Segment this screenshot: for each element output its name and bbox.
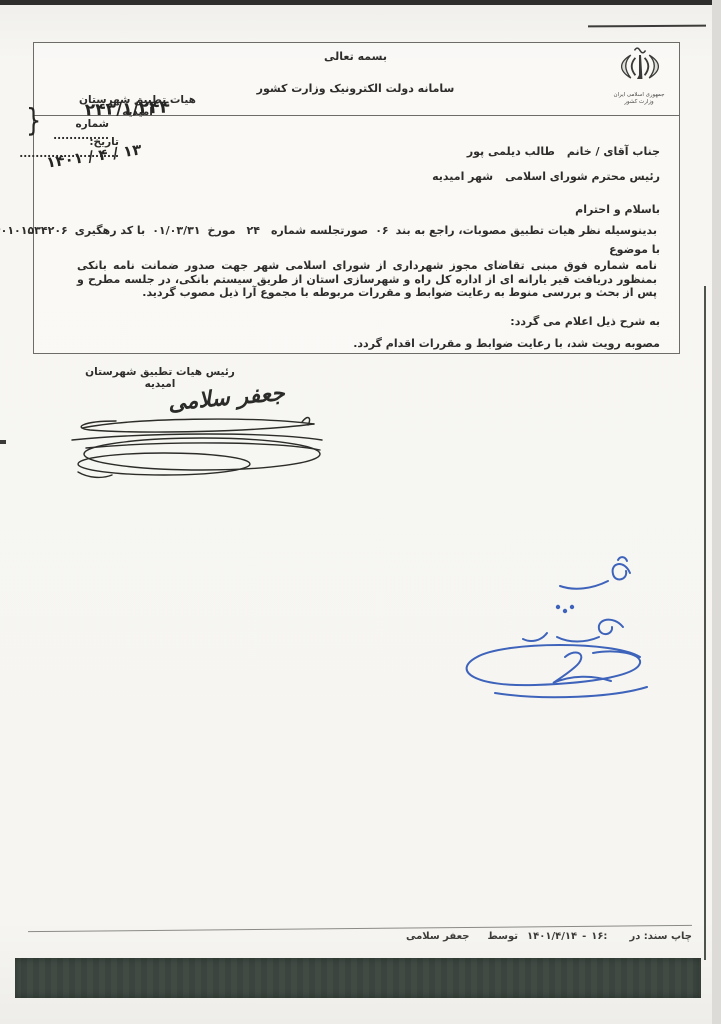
intro-text: بدینوسیله نظر هیات تطبیق مصوبات، راجع به…	[396, 224, 657, 237]
printed-by-label: توسط	[487, 931, 518, 942]
scanned-letter-page: بسمه تعالی سامانه دولت الکترونیک وزارت ک…	[0, 0, 721, 1024]
scan-left-edge-mark	[0, 440, 6, 444]
tracking-code: ۴۰۰۴۰۱۰۱۵۳۴۲۰۶	[0, 224, 68, 237]
black-pen-signature	[52, 412, 342, 486]
subject-label: با موضوع	[609, 243, 660, 256]
print-label: چاپ سند: در	[629, 931, 692, 942]
emblem-caption: جمهوری اسلامی ایران وزارت کشور	[598, 92, 680, 106]
print-date: ۱۴۰۱/۴/۱۴	[527, 931, 577, 942]
recipient-line1: جناب آقای / خانم طالب دیلمی پور	[467, 145, 660, 158]
recipient-salutation: جناب آقای / خانم	[567, 145, 660, 158]
recipient-name: طالب دیلمی پور	[467, 145, 555, 158]
clause-number: ۰۶	[375, 224, 388, 237]
scan-right-paper-edge	[712, 0, 721, 1024]
print-separator: -	[582, 931, 586, 942]
minutes-label: صورتجلسه شماره	[271, 224, 368, 237]
scan-bottom-dark-band	[15, 958, 701, 998]
reference-line: بدینوسیله نظر هیات تطبیق مصوبات، راجع به…	[0, 224, 657, 237]
announcement-line: به شرح ذیل اعلام می گردد:	[510, 315, 660, 328]
recipient-line2: رئیس محترم شورای اسلامی شهر امیدیه	[432, 170, 660, 183]
print-footer: چاپ سند: در ۱۶: - ۱۴۰۱/۴/۱۴ توسط جعفر سل…	[397, 931, 692, 942]
iran-emblem-icon	[612, 44, 668, 94]
tracking-label: با کد رهگیری	[75, 224, 145, 237]
recipient-city: شهر امیدیه	[432, 170, 493, 183]
scan-left-black-bar	[20, 25, 25, 131]
print-time: ۱۶:	[591, 931, 607, 942]
handwritten-brace: }	[26, 102, 41, 138]
minutes-date: ۰۱/۰۳/۳۱	[152, 224, 200, 237]
scan-top-right-line	[588, 25, 706, 28]
minutes-number: ۲۴	[247, 224, 260, 237]
dated-label: مورخ	[208, 224, 236, 237]
resolution-line: مصوبه رویت شد، با رعایت ضوابط و مقررات ا…	[353, 337, 660, 350]
blue-pen-signature	[415, 545, 670, 709]
emblem-caption-line2: وزارت کشور	[598, 99, 680, 106]
scan-top-edge-band	[0, 0, 721, 5]
recipient-title: رئیس محترم شورای اسلامی	[505, 170, 660, 183]
greeting: باسلام و احترام	[575, 203, 660, 216]
bismillah-text: بسمه تعالی	[33, 50, 678, 63]
emblem-caption-line1: جمهوری اسلامی ایران	[598, 92, 680, 99]
scan-right-vertical-line	[704, 286, 706, 960]
printed-by-name: جعفر سلامی	[406, 931, 470, 942]
subject-paragraph: نامه شماره فوق مبنی تقاضای مجوز شهرداری …	[77, 259, 657, 300]
